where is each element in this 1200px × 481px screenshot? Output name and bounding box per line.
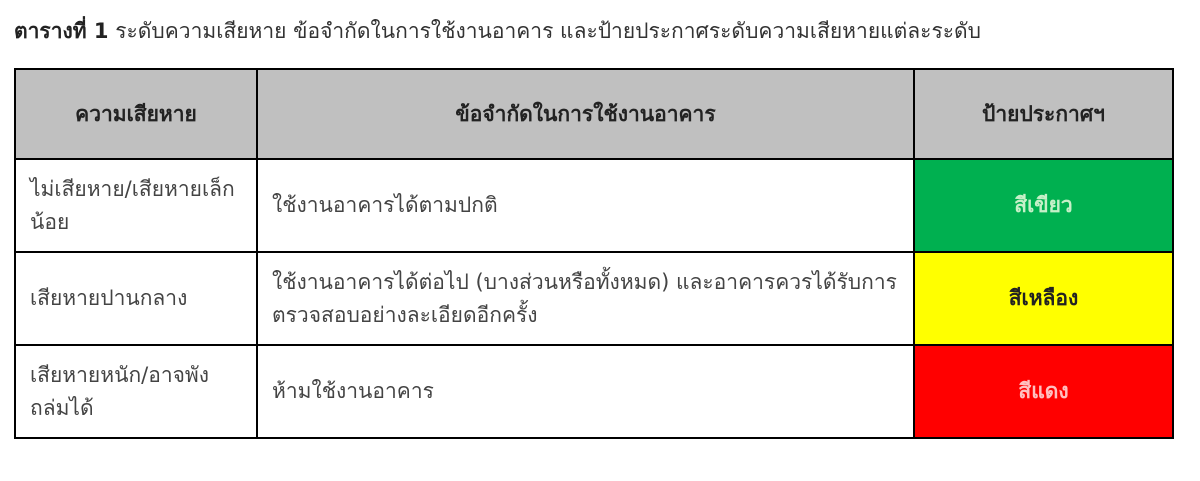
- header-row: ความเสียหาย ข้อจำกัดในการใช้งานอาคาร ป้า…: [15, 69, 1173, 159]
- restriction-cell: ใช้งานอาคารได้ตามปกติ: [257, 159, 914, 252]
- sign-cell-green: สีเขียว: [914, 159, 1173, 252]
- sign-cell-yellow: สีเหลือง: [914, 252, 1173, 345]
- restriction-cell: ใช้งานอาคารได้ต่อไป (บางส่วนหรือทั้งหมด)…: [257, 252, 914, 345]
- table-row: เสียหายหนัก/อาจพังถล่มได้ ห้ามใช้งานอาคา…: [15, 345, 1173, 438]
- caption-text: ระดับความเสียหาย ข้อจำกัดในการใช้งานอาคา…: [109, 19, 981, 43]
- table-caption: ตารางที่ 1 ระดับความเสียหาย ข้อจำกัดในกา…: [14, 16, 1194, 46]
- header-damage: ความเสียหาย: [15, 69, 257, 159]
- table-row: ไม่เสียหาย/เสียหายเล็กน้อย ใช้งานอาคารได…: [15, 159, 1173, 252]
- table-row: เสียหายปานกลาง ใช้งานอาคารได้ต่อไป (บางส…: [15, 252, 1173, 345]
- damage-cell: ไม่เสียหาย/เสียหายเล็กน้อย: [15, 159, 257, 252]
- damage-cell: เสียหายหนัก/อาจพังถล่มได้: [15, 345, 257, 438]
- sign-cell-red: สีแดง: [914, 345, 1173, 438]
- caption-label: ตารางที่ 1: [14, 19, 109, 43]
- header-sign: ป้ายประกาศฯ: [914, 69, 1173, 159]
- damage-cell: เสียหายปานกลาง: [15, 252, 257, 345]
- damage-level-table: ความเสียหาย ข้อจำกัดในการใช้งานอาคาร ป้า…: [14, 68, 1174, 439]
- header-restriction: ข้อจำกัดในการใช้งานอาคาร: [257, 69, 914, 159]
- restriction-cell: ห้ามใช้งานอาคาร: [257, 345, 914, 438]
